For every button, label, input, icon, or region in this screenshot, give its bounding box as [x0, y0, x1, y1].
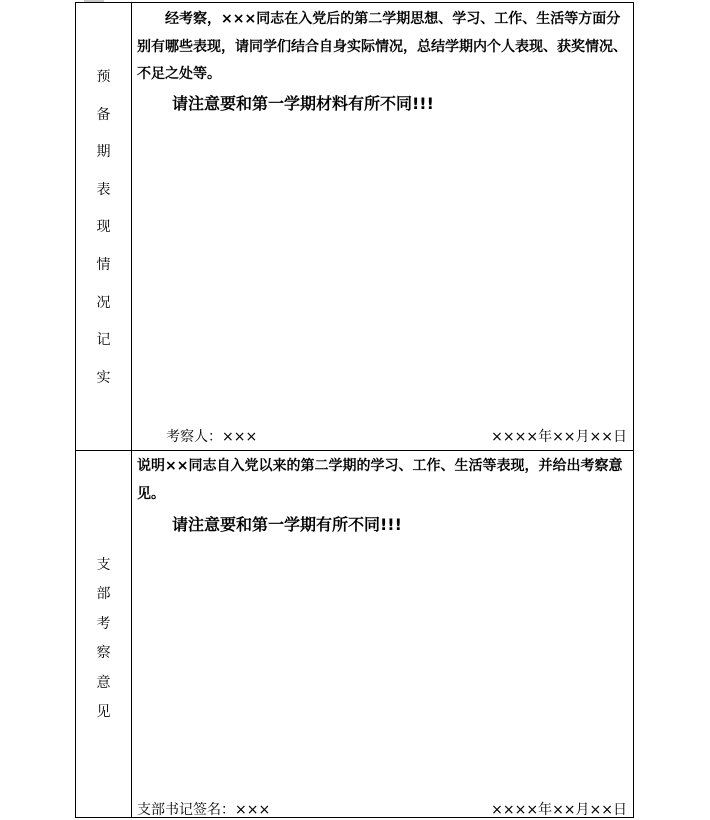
label-char: 部 — [76, 586, 131, 615]
instruction-paragraph: 说明××同志自入党以来的第二学期的学习、工作、生活等表现，并给出考察意见。 — [137, 453, 629, 508]
row-label-cell: 预 备 期 表 现 情 况 记 实 — [76, 3, 132, 450]
opinion-content-cell[interactable]: 说明××同志自入党以来的第二学期的学习、工作、生活等表现，并给出考察意见。 请注… — [132, 451, 633, 817]
examiner-signature: 考察人：××× — [166, 428, 257, 446]
probation-performance-row: 预 备 期 表 现 情 况 记 实 经考察，×××同志在入党后的第二学期思想、学… — [76, 3, 633, 451]
label-char: 见 — [76, 704, 131, 733]
evaluation-form-table: 预 备 期 表 现 情 况 记 实 经考察，×××同志在入党后的第二学期思想、学… — [75, 2, 634, 818]
reminder-note: 请注意要和第一学期材料有所不同!!! — [172, 94, 434, 114]
reminder-note: 请注意要和第一学期有所不同!!! — [172, 515, 402, 535]
label-char: 现 — [76, 219, 131, 257]
label-char: 况 — [76, 295, 131, 333]
label-char: 情 — [76, 257, 131, 295]
performance-content-cell[interactable]: 经考察，×××同志在入党后的第二学期思想、学习、工作、生活等方面分别有哪些表现，… — [132, 3, 633, 450]
label-char: 考 — [76, 616, 131, 645]
label-char: 支 — [76, 557, 131, 586]
label-char: 表 — [76, 182, 131, 220]
label-char: 预 — [76, 69, 131, 107]
date-field: ××××年××月××日 — [491, 428, 627, 446]
branch-opinion-row: 支 部 考 察 意 见 说明××同志自入党以来的第二学期的学习、工作、生活等表现… — [76, 451, 633, 817]
vertical-label-branch-opinion: 支 部 考 察 意 见 — [76, 557, 131, 733]
instruction-paragraph: 经考察，×××同志在入党后的第二学期思想、学习、工作、生活等方面分别有哪些表现，… — [137, 6, 629, 89]
date-field: ××××年××月××日 — [491, 801, 627, 819]
label-char: 备 — [76, 107, 131, 145]
row-label-cell: 支 部 考 察 意 见 — [76, 451, 132, 817]
vertical-label-probation-performance: 预 备 期 表 现 情 况 记 实 — [76, 69, 131, 407]
label-char: 期 — [76, 144, 131, 182]
label-char: 实 — [76, 370, 131, 408]
label-char: 意 — [76, 675, 131, 704]
label-char: 察 — [76, 645, 131, 674]
secretary-signature: 支部书记签名：××× — [137, 801, 270, 819]
label-char: 记 — [76, 332, 131, 370]
